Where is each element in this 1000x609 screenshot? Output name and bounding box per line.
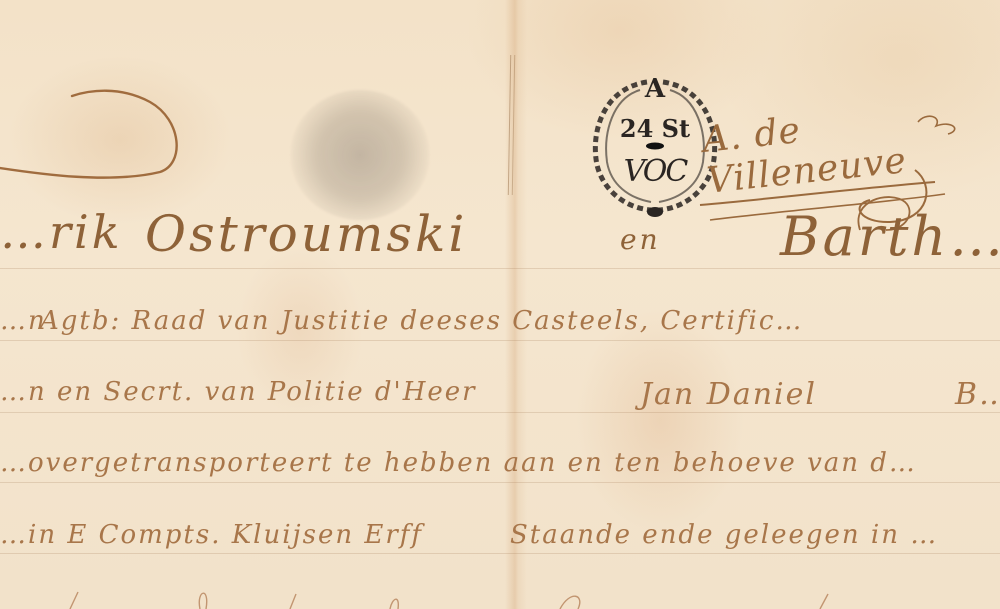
cutoff-line-ascenders <box>0 580 1000 609</box>
text-line-2: …n en Secrt. van Politie d'Heer Jan Dani… <box>0 377 1000 417</box>
name-jan-daniel: Jan Daniel <box>640 377 817 412</box>
text-fragment: …n en Secrt. van Politie d'Heer <box>0 377 477 407</box>
text-fragment: …rik <box>0 205 123 259</box>
text-fragment: …overgetransporteert te hebben aan en te… <box>0 448 917 478</box>
text-fragment: B… <box>955 377 1000 412</box>
text-line-4: …in E Compts. Kluijsen Erff Staande ende… <box>0 520 1000 560</box>
text-fragment: Staande ende geleegen in … <box>510 520 938 550</box>
name-barth: Barth… <box>780 205 1000 268</box>
faded-stamp-impression <box>290 90 430 220</box>
conjunction-en: en <box>620 223 661 256</box>
pen-flourish-icon <box>0 80 200 200</box>
ruled-line <box>0 268 1000 269</box>
text-line-1: …n Agtb: Raad van Justitie deeses Castee… <box>0 306 1000 346</box>
text-fragment: Agtb: Raad van Justitie deeses Casteels,… <box>40 306 803 336</box>
name-ostroumski: Ostroumski <box>145 205 467 263</box>
text-fragment: …in E Compts. Kluijsen Erff <box>0 520 423 550</box>
stamp-letter: A <box>585 74 725 104</box>
paper-fold-crease <box>505 0 527 609</box>
text-line-3: …overgetransporteert te hebben aan en te… <box>0 448 1000 488</box>
heading-line: …rik Ostroumski en Barth… <box>0 205 1000 265</box>
